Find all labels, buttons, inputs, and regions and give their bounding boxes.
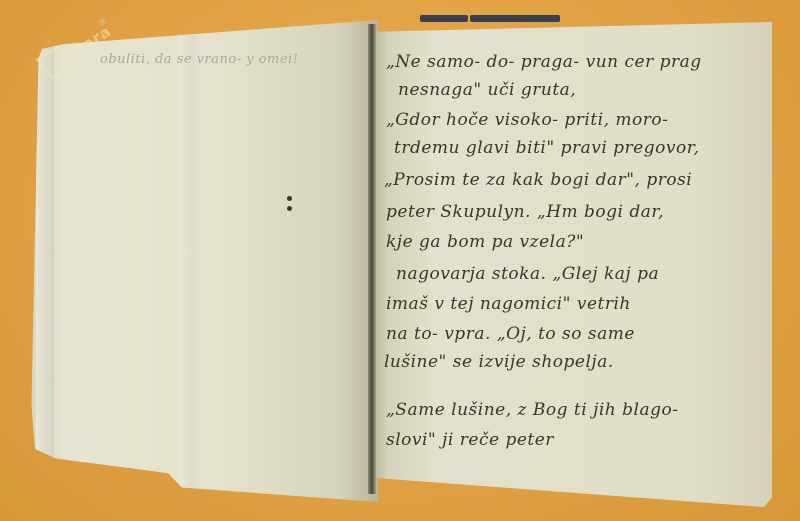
text-line: „Same lušine, z Bog ti jih blago- <box>386 400 678 420</box>
page-fold <box>178 20 196 502</box>
ink-mark <box>287 196 293 214</box>
text-line: na to- vpra. „Oj, to so same <box>386 324 635 344</box>
text-line: lušine" se izvije shopelja. <box>384 352 614 372</box>
book-gutter <box>368 24 376 494</box>
left-page: obuliti, da se vrano- y omei! <box>28 20 378 502</box>
text-line: peter Skupulyn. „Hm bogi dar, <box>386 202 664 222</box>
text-line: „Prosim te za kak bogi dar", prosi <box>384 170 692 190</box>
binding-strip <box>420 15 468 22</box>
text-line: „Gdor hoče visoko- priti, moro- <box>386 110 668 130</box>
text-line: nesnaga" uči gruta, <box>398 80 576 100</box>
watermark: kamra ® <box>38 22 128 82</box>
text-line: imaš v tej nagomici" vetrih <box>386 294 631 314</box>
text-line: slovi" ji reče peter <box>386 430 554 450</box>
left-page-header-text: obuliti, da se vrano- y omei! <box>100 52 298 67</box>
text-line: „Ne samo- do- praga- vun cer prag <box>386 52 702 72</box>
text-line: trdemu glavi biti" pravi pregovor, <box>394 138 699 158</box>
watermark-text: kamra <box>56 22 115 68</box>
right-page: „Ne samo- do- praga- vun cer prag nesnag… <box>372 22 772 512</box>
binding-strip <box>470 15 560 22</box>
text-line: kje ga bom pa vzela?" <box>386 232 584 252</box>
page-fold <box>36 20 54 502</box>
registered-mark: ® <box>98 18 107 28</box>
text-line: nagovarja stoka. „Glej kaj pa <box>396 264 659 284</box>
